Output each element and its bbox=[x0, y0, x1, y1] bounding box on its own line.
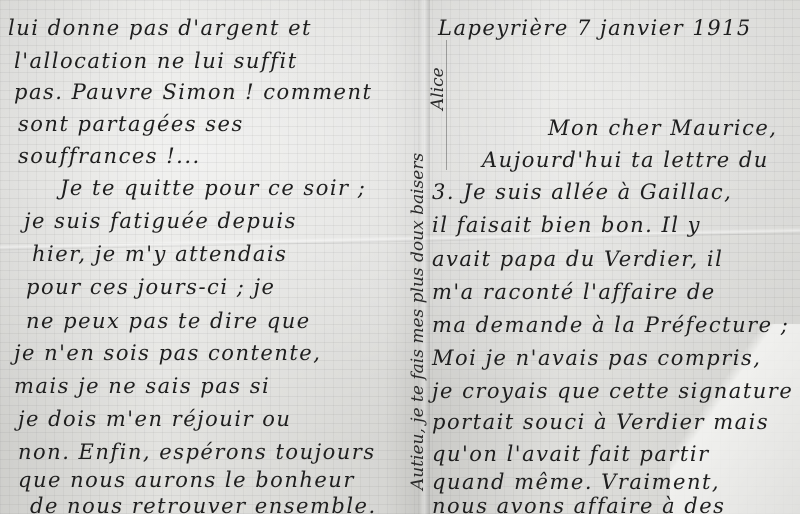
letter-line: l'allocation ne lui suffit bbox=[14, 49, 298, 73]
letter-line: 3. Je suis allée à Gaillac, bbox=[432, 180, 732, 204]
place-and-date: Lapeyrière 7 janvier 1915 bbox=[438, 16, 752, 40]
letter-line: pas. Pauvre Simon ! comment bbox=[14, 80, 372, 104]
letter-line: ma demande à la Préfecture ; bbox=[432, 313, 789, 337]
letter-line: Aujourd'hui ta lettre du bbox=[482, 148, 769, 172]
letter-line: mais je ne sais pas si bbox=[14, 374, 270, 398]
letter-line: que nous aurons le bonheur bbox=[18, 468, 355, 492]
letter-line: hier, je m'y attendais bbox=[32, 242, 287, 266]
letter-line: de nous retrouver ensemble. bbox=[30, 494, 377, 514]
letter-line: lui donne pas d'argent et bbox=[8, 16, 312, 40]
margin-note: Autieu, je te fais mes plus doux baisers bbox=[408, 153, 428, 490]
letter-line: je n'en sois pas contente, bbox=[14, 341, 321, 365]
letter-line: quand même. Vraiment, bbox=[432, 470, 720, 494]
letter-line: qu'on l'avait fait partir bbox=[432, 442, 710, 466]
letter-line: il faisait bien bon. Il y bbox=[432, 213, 701, 237]
letter-line: je dois m'en réjouir ou bbox=[18, 407, 291, 431]
letter-line: ne peux pas te dire que bbox=[26, 309, 311, 333]
right-page: Lapeyrière 7 janvier 1915 Mon cher Mauri… bbox=[430, 0, 800, 514]
letter-line: portait souci à Verdier mais bbox=[432, 410, 769, 434]
letter-line: sont partagées ses bbox=[18, 112, 244, 136]
letter-line: Moi je n'avais pas compris, bbox=[432, 346, 761, 370]
letter-line: je croyais que cette signature bbox=[432, 379, 793, 403]
letter-line: souffrances !... bbox=[18, 144, 201, 168]
left-page: lui donne pas d'argent et l'allocation n… bbox=[0, 0, 400, 514]
letter-line: je suis fatiguée depuis bbox=[24, 209, 297, 233]
letter-line: nous avons affaire à des bbox=[432, 494, 725, 514]
letter-line: non. Enfin, espérons toujours bbox=[18, 440, 376, 464]
salutation: Mon cher Maurice, bbox=[548, 116, 777, 140]
letter-line: pour ces jours-ci ; je bbox=[26, 275, 275, 299]
letter-line: m'a raconté l'affaire de bbox=[432, 280, 716, 304]
letter-line: Je te quitte pour ce soir ; bbox=[60, 176, 366, 200]
letter-line: avait papa du Verdier, il bbox=[432, 247, 723, 271]
